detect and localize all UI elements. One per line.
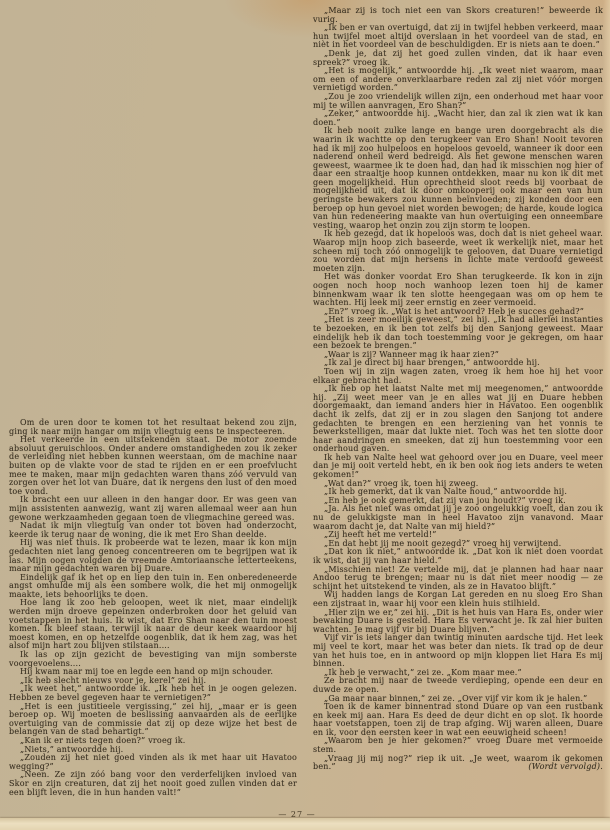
- paragraph: Eindelijk gaf ik het op en liep den tuin…: [9, 574, 297, 600]
- paragraph: „Misschien niet! Ze vertelde mij, dat je…: [313, 566, 603, 592]
- paragraph: Vijf vir is iets langer dan twintig minu…: [313, 634, 603, 668]
- paragraph: Nadat ik mijn vliegtuig van onder tot bo…: [9, 522, 297, 539]
- paragraph: „Ik weet het,” antwoordde ik. „Ik heb he…: [9, 685, 297, 702]
- page-edge-right: [603, 0, 610, 830]
- paragraph: „Zou je zoo vriendelijk willen zijn, een…: [313, 93, 603, 110]
- paragraph: Toen wij in zijn wagen zaten, vroeg ik h…: [313, 368, 603, 385]
- paragraph: „Ja. Als het niet was omdat jij je zoo o…: [313, 505, 603, 531]
- paragraph: „Neen. Ze zijn zóó bang voor den verderf…: [9, 771, 297, 797]
- paragraph: Ik heb nooit zulke lange en bange uren d…: [313, 127, 603, 230]
- right-text-column: „Maar zij is toch niet een van Skors cre…: [313, 7, 603, 772]
- left-text-column: Om de uren door te komen tot het resulta…: [9, 419, 297, 797]
- paragraph: „Het is zeer moeilijk geweest,” zei hij.…: [313, 316, 603, 350]
- continuation-notice: (Wordt vervolgd).: [313, 763, 603, 772]
- paragraph: „Maar zij is toch niet een van Skors cre…: [313, 7, 603, 24]
- paragraph: „Ik ben er van overtuigd, dat zij in twi…: [313, 24, 603, 50]
- paragraph: Ze bracht mij naar de tweede verdieping,…: [313, 677, 603, 694]
- paragraph: Ik bracht een uur alleen in den hangar d…: [9, 496, 297, 522]
- page-edge-bottom: [0, 818, 610, 830]
- paragraph: Toen ik de kamer binnentrad stond Duare …: [313, 703, 603, 737]
- paragraph: Ik heb gezegd, dat ik hopeloos was, doch…: [313, 230, 603, 273]
- paragraph: „Dat kon ik niet,” antwoordde ik. „Dat k…: [313, 548, 603, 565]
- paragraph: Het verkeerde in een uitstekenden staat.…: [9, 436, 297, 496]
- paragraph: „Ik heb op het laatst Nalte met mij meeg…: [313, 385, 603, 454]
- paragraph: Hoe lang ik zoo heb geloopen, weet ik ni…: [9, 599, 297, 651]
- scanned-page: Om de uren door te komen tot het resulta…: [0, 0, 610, 830]
- paragraph: „Denk je, dat zij het goed zullen vinden…: [313, 50, 603, 67]
- paragraph: Om de uren door te komen tot het resulta…: [9, 419, 297, 436]
- paragraph: „Zouden zij het niet goed vinden als ik …: [9, 754, 297, 771]
- paragraph: Het was donker voordat Ero Shan terugkee…: [313, 273, 603, 307]
- paragraph: Hij was niet thuis. Ik probeerde wat te …: [9, 539, 297, 573]
- paragraph: „Waarom ben je hier gekomen?” vroeg Duar…: [313, 737, 603, 754]
- paragraph: Wij hadden langs de Korgan Lat gereden e…: [313, 591, 603, 608]
- paragraph: „Het is mogelijk,” antwoordde hij. „Ik w…: [313, 67, 603, 93]
- paragraph: Ik las op zijn gezicht de bevestiging va…: [9, 651, 297, 668]
- paragraph: „Het is een justitieele vergissing,” zei…: [9, 703, 297, 737]
- paragraph: „Zeker,” antwoordde hij. „Wacht hier, da…: [313, 110, 603, 127]
- paragraph: „Hier zijn we er,” zei hij. „Dit is het …: [313, 609, 603, 635]
- paragraph: Ik heb van Nalte heel wat gehoord over j…: [313, 454, 603, 480]
- right-column-paragraphs: „Maar zij is toch niet een van Skors cre…: [313, 7, 603, 772]
